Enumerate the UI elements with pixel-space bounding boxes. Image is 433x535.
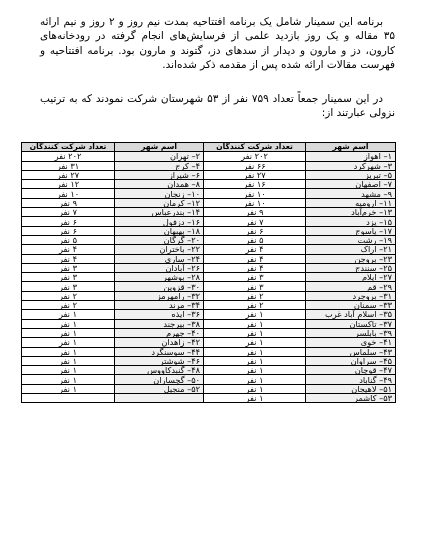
table-row: ۱۳– خرم‌آباد۹ نفر۱۴– بندرعباس۷ نفر (22, 208, 396, 217)
city-right: ۴۱– خوی (306, 338, 396, 347)
city-left: ۲۶– آبادان (115, 263, 204, 272)
count-left: ۲۰۲ نفر (22, 152, 115, 161)
table-row: ۹– مشهد۱۰ نفر۱۰– زنجان۱۰ نفر (22, 189, 396, 198)
city-right: ۱۵– یزد (306, 217, 396, 226)
count-right: ۳ نفر (204, 273, 306, 282)
table-row: ۱۱– ارومیه۱۰ نفر۱۲– کرمان۹ نفر (22, 198, 396, 207)
city-left: ۱۲– کرمان (115, 198, 204, 207)
intro-paragraph: برنامه این سمینار شامل یک برنامه افتتاحی… (40, 15, 395, 73)
city-left: ۳۲– رامهرمز (115, 291, 204, 300)
table-row: ۲۹– قم۳ نفر۳۰– قزوین۳ نفر (22, 282, 396, 291)
city-right: ۲۱– اراک (306, 245, 396, 254)
table-row: ۴۵– سراوان۱ نفر۴۶– شوشتر۱ نفر (22, 356, 396, 365)
city-right: ۳۹– بابلسر (306, 328, 396, 337)
city-right: ۱۱– ارومیه (306, 198, 396, 207)
count-left: ۱ نفر (22, 356, 115, 365)
count-right: ۲ نفر (204, 301, 306, 310)
header-count-right: تعداد شرکت کنندگان (204, 143, 306, 152)
table-row: ۴۱– خوی۱ نفر۴۲– زاهدان۱ نفر (22, 338, 396, 347)
city-left: ۴۴– سوسنگرد (115, 347, 204, 356)
city-left: ۸– همدان (115, 180, 204, 189)
count-right: ۹ نفر (204, 208, 306, 217)
table-row: ۷– اصفهان۱۶ نفر۸– همدان۱۲ نفر (22, 180, 396, 189)
count-left: ۲ نفر (22, 291, 115, 300)
city-right: ۲۹– قم (306, 282, 396, 291)
city-left: ۴۶– شوشتر (115, 356, 204, 365)
table-row: ۱۷– یاسوج۶ نفر۱۸– بهبهان۶ نفر (22, 226, 396, 235)
count-left: ۵ نفر (22, 235, 115, 244)
city-left: ۲– تهران (115, 152, 204, 161)
count-left: ۱ نفر (22, 310, 115, 319)
city-left: ۲۸– بوشهر (115, 273, 204, 282)
count-right: ۱ نفر (204, 384, 306, 393)
table-row: ۲۳– بروجن۴ نفر۲۴– ساری۴ نفر (22, 254, 396, 263)
table-row: ۲۷– ایلام۳ نفر۲۸– بوشهر۳ نفر (22, 273, 396, 282)
count-left: ۱ نفر (22, 384, 115, 393)
city-left: ۴– کرج (115, 161, 204, 170)
count-right: ۶ نفر (204, 226, 306, 235)
count-left: ۳ نفر (22, 282, 115, 291)
count-right: ۱۶ نفر (204, 180, 306, 189)
count-right: ۳ نفر (204, 282, 306, 291)
participants-table: اسم شهر تعداد شرکت کنندگان اسم شهر تعداد… (21, 142, 396, 403)
city-right: ۵– تبریز (306, 170, 396, 179)
count-right: ۱ نفر (204, 347, 306, 356)
count-left: ۴ نفر (22, 245, 115, 254)
city-right: ۴۳– سلماس (306, 347, 396, 356)
city-right: ۵۱– لاهیجان (306, 384, 396, 393)
city-right: ۱۳– خرم‌آباد (306, 208, 396, 217)
count-left: ۹ نفر (22, 198, 115, 207)
count-right: ۲ نفر (204, 291, 306, 300)
table-row: ۵– تبریز۲۷ نفر۶– شیراز۲۷ نفر (22, 170, 396, 179)
city-right: ۲۷– ایلام (306, 273, 396, 282)
table-row: ۲۵– سنندج۴ نفر۲۶– آبادان۳ نفر (22, 263, 396, 272)
count-right: ۱ نفر (204, 310, 306, 319)
table-row: ۴۹– گناباد۱ نفر۵۰– گچساران۱ نفر (22, 375, 396, 384)
count-right: ۱۰ نفر (204, 198, 306, 207)
table-row: ۳۵– اسلام آباد غرب۱ نفر۳۶– ایذه۱ نفر (22, 310, 396, 319)
city-right: ۲۳– بروجن (306, 254, 396, 263)
count-right: ۷ نفر (204, 217, 306, 226)
city-left: ۲۲– باختران (115, 245, 204, 254)
city-right: ۴۷– قوچان (306, 366, 396, 375)
city-right: ۳۱– بروجرد (306, 291, 396, 300)
city-left: ۳۸– بیرجند (115, 319, 204, 328)
header-count-left: تعداد شرکت کنندگان (22, 143, 115, 152)
city-left: ۵۰– گچساران (115, 375, 204, 384)
city-left: ۳۴– مرند (115, 301, 204, 310)
table-row: ۵۳– کاشمر۱ نفر (22, 394, 396, 403)
city-left: ۴۰– جهرم (115, 328, 204, 337)
count-right: ۱ نفر (204, 375, 306, 384)
count-right: ۱ نفر (204, 356, 306, 365)
count-right: ۶۶ نفر (204, 161, 306, 170)
count-right: ۱ نفر (204, 338, 306, 347)
count-left: ۱ نفر (22, 338, 115, 347)
city-left: ۲۰– گرگان (115, 235, 204, 244)
city-left: ۱۸– بهبهان (115, 226, 204, 235)
count-left (22, 394, 115, 403)
table-row: ۱۵– یزد۷ نفر۱۶– دزفول۶ نفر (22, 217, 396, 226)
table-row: ۳۷– تاکستان۱ نفر۳۸– بیرجند۱ نفر (22, 319, 396, 328)
count-right: ۱۰ نفر (204, 189, 306, 198)
count-left: ۲۷ نفر (22, 170, 115, 179)
city-right: ۳– شهرکرد (306, 161, 396, 170)
city-left: ۵۲– منجیل (115, 384, 204, 393)
city-left: ۶– شیراز (115, 170, 204, 179)
table-row: ۴۳– سلماس۱ نفر۴۴– سوسنگرد۱ نفر (22, 347, 396, 356)
count-left: ۶ نفر (22, 226, 115, 235)
city-right: ۴۹– گناباد (306, 375, 396, 384)
city-left: ۱۴– بندرعباس (115, 208, 204, 217)
header-city-left: اسم شهر (115, 143, 204, 152)
table-header-row: اسم شهر تعداد شرکت کنندگان اسم شهر تعداد… (22, 143, 396, 152)
city-right: ۱– اهواز (306, 152, 396, 161)
count-right: ۱ نفر (204, 328, 306, 337)
table-row: ۳– شهرکرد۶۶ نفر۴– کرج۳۱ نفر (22, 161, 396, 170)
count-left: ۱۲ نفر (22, 180, 115, 189)
count-left: ۶ نفر (22, 217, 115, 226)
count-left: ۱ نفر (22, 375, 115, 384)
table-row: ۵۱– لاهیجان۱ نفر۵۲– منجیل۱ نفر (22, 384, 396, 393)
table-row: ۴۷– قوچان۱ نفر۴۸– گنبدکاووس۱ نفر (22, 366, 396, 375)
count-left: ۱ نفر (22, 347, 115, 356)
city-right: ۹– مشهد (306, 189, 396, 198)
header-city-right: اسم شهر (306, 143, 396, 152)
count-left: ۳ نفر (22, 263, 115, 272)
table-row: ۳۱– بروجرد۲ نفر۳۲– رامهرمز۲ نفر (22, 291, 396, 300)
count-right: ۵ نفر (204, 235, 306, 244)
city-right: ۳۵– اسلام آباد غرب (306, 310, 396, 319)
count-right: ۴ نفر (204, 245, 306, 254)
count-right: ۲۰۲ نفر (204, 152, 306, 161)
city-left: ۴۸– گنبدکاووس (115, 366, 204, 375)
city-right: ۷– اصفهان (306, 180, 396, 189)
count-right: ۱ نفر (204, 394, 306, 403)
city-right: ۱۹– رشت (306, 235, 396, 244)
table-row: ۱۹– رشت۵ نفر۲۰– گرگان۵ نفر (22, 235, 396, 244)
count-right: ۱ نفر (204, 319, 306, 328)
count-left: ۱۰ نفر (22, 189, 115, 198)
city-left: ۱۶– دزفول (115, 217, 204, 226)
count-right: ۱ نفر (204, 366, 306, 375)
count-left: ۱ نفر (22, 319, 115, 328)
city-left: ۳۶– ایذه (115, 310, 204, 319)
city-left (115, 394, 204, 403)
count-right: ۴ نفر (204, 254, 306, 263)
city-left: ۲۴– ساری (115, 254, 204, 263)
table-row: ۱– اهواز۲۰۲ نفر۲– تهران۲۰۲ نفر (22, 152, 396, 161)
table-row: ۲۱– اراک۴ نفر۲۲– باختران۴ نفر (22, 245, 396, 254)
city-right: ۵۳– کاشمر (306, 394, 396, 403)
count-left: ۳ نفر (22, 273, 115, 282)
count-left: ۷ نفر (22, 208, 115, 217)
city-right: ۱۷– یاسوج (306, 226, 396, 235)
summary-paragraph: در این سمینار جمعاً تعداد ۷۵۹ نفر از ۵۳ … (40, 92, 395, 121)
city-right: ۳۷– تاکستان (306, 319, 396, 328)
city-right: ۲۵– سنندج (306, 263, 396, 272)
count-left: ۲ نفر (22, 301, 115, 310)
city-right: ۳۳– سمنان (306, 301, 396, 310)
count-left: ۴ نفر (22, 254, 115, 263)
city-left: ۴۲– زاهدان (115, 338, 204, 347)
city-right: ۴۵– سراوان (306, 356, 396, 365)
table-row: ۳۳– سمنان۲ نفر۳۴– مرند۲ نفر (22, 301, 396, 310)
count-left: ۱ نفر (22, 328, 115, 337)
count-left: ۳۱ نفر (22, 161, 115, 170)
count-left: ۱ نفر (22, 366, 115, 375)
city-left: ۱۰– زنجان (115, 189, 204, 198)
city-left: ۳۰– قزوین (115, 282, 204, 291)
table-row: ۳۹– بابلسر۱ نفر۴۰– جهرم۱ نفر (22, 328, 396, 337)
count-right: ۲۷ نفر (204, 170, 306, 179)
count-right: ۴ نفر (204, 263, 306, 272)
